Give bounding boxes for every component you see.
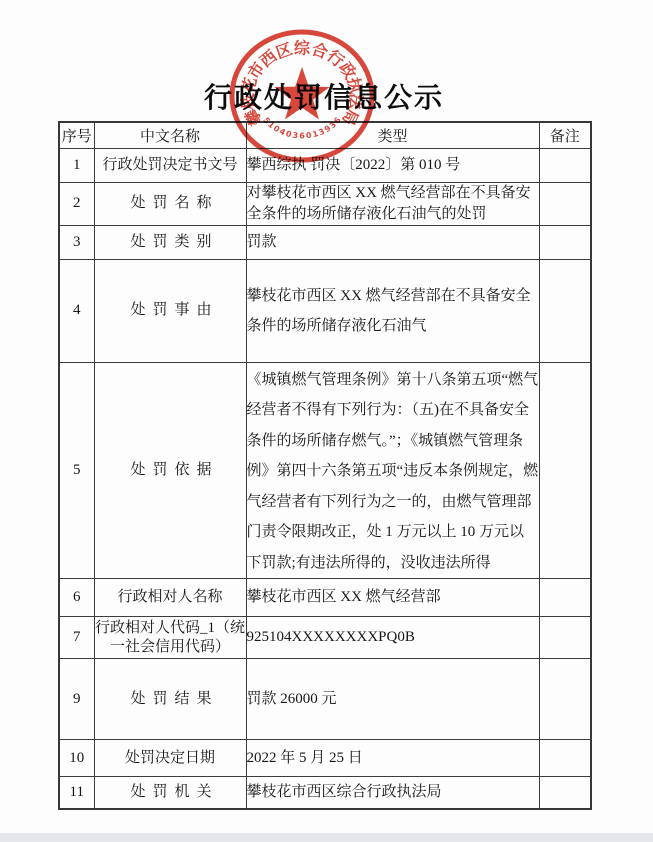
row-value: 攀枝花市西区综合行政执法局	[246, 777, 539, 809]
row-remark	[539, 579, 591, 617]
row-value: 对攀枝花市西区 XX 燃气经营部在不具备安全条件的场所储存液化石油气的处罚	[246, 182, 539, 225]
row-name: 处罚依据	[94, 362, 246, 579]
table-row: 4 处罚事由 攀枝花市西区 XX 燃气经营部在不具备安全条件的场所储存液化石油气	[59, 259, 591, 362]
table-row: 6 行政相对人名称 攀枝花市西区 XX 燃气经营部	[59, 579, 591, 617]
table-row: 11 处罚机关 攀枝花市西区综合行政执法局	[59, 777, 591, 809]
row-no: 1	[59, 148, 94, 182]
table-row: 7 行政相对人代码_1（统一社会信用代码） 925104XXXXXXXXPQ0B	[59, 617, 591, 659]
row-name: 处罚结果	[94, 659, 246, 740]
row-value: 攀枝花市西区 XX 燃气经营部	[246, 579, 539, 617]
row-no: 4	[59, 259, 94, 362]
row-no: 7	[59, 617, 94, 659]
row-remark	[539, 617, 591, 659]
row-name: 处罚类别	[94, 225, 246, 259]
row-no: 10	[59, 740, 94, 777]
row-no: 9	[59, 659, 94, 740]
row-remark	[539, 659, 591, 740]
svg-text:综: 综	[294, 39, 311, 58]
document-page: 行政处罚信息公示 序号 中文名称 类型 备注 1 行政处罚决定书文号 攀西综执 …	[0, 0, 653, 842]
row-name: 行政相对人名称	[94, 579, 246, 617]
row-value: 925104XXXXXXXXPQ0B	[246, 617, 539, 659]
row-remark	[539, 182, 591, 225]
table-row: 2 处罚名称 对攀枝花市西区 XX 燃气经营部在不具备安全条件的场所储存液化石油…	[59, 182, 591, 225]
row-no: 11	[59, 777, 94, 809]
row-value: 2022 年 5 月 25 日	[246, 740, 539, 777]
col-header-remark: 备注	[539, 122, 591, 148]
row-value: 罚款 26000 元	[246, 659, 539, 740]
svg-text:6: 6	[299, 132, 305, 141]
row-name: 处罚名称	[94, 182, 246, 225]
penalty-info-table: 序号 中文名称 类型 备注 1 行政处罚决定书文号 攀西综执 罚决〔2022〕第…	[58, 121, 592, 810]
row-remark	[539, 148, 591, 182]
col-header-no: 序号	[59, 122, 94, 148]
row-remark	[539, 740, 591, 777]
row-remark	[539, 225, 591, 259]
row-no: 2	[59, 182, 94, 225]
table-row: 3 处罚类别 罚款	[59, 225, 591, 259]
row-name: 处罚决定日期	[94, 740, 246, 777]
scan-edge-strip	[0, 833, 653, 842]
table-row: 10 处罚决定日期 2022 年 5 月 25 日	[59, 740, 591, 777]
row-remark	[539, 362, 591, 579]
official-seal-stamp: 攀枝花市西区综合行政执法局 5104036013936	[222, 21, 382, 171]
row-value: 攀枝花市西区 XX 燃气经营部在不具备安全条件的场所储存液化石油气	[246, 259, 539, 362]
row-remark	[539, 259, 591, 362]
row-name: 行政相对人代码_1（统一社会信用代码）	[94, 617, 246, 659]
table-row: 9 处罚结果 罚款 26000 元	[59, 659, 591, 740]
row-value: 罚款	[246, 225, 539, 259]
row-no: 5	[59, 362, 94, 579]
row-name: 处罚事由	[94, 259, 246, 362]
row-name: 处罚机关	[94, 777, 246, 809]
row-value: 《城镇燃气管理条例》第十八条第五项“燃气经营者不得有下列行为：（五)在不具备安全…	[246, 362, 539, 579]
table-row: 5 处罚依据 《城镇燃气管理条例》第十八条第五项“燃气经营者不得有下列行为：（五…	[59, 362, 591, 579]
row-no: 3	[59, 225, 94, 259]
stamp-code-text: 5104036013936	[261, 115, 343, 140]
row-no: 6	[59, 579, 94, 617]
row-remark	[539, 777, 591, 809]
svg-text:3: 3	[292, 131, 299, 141]
red-star-icon	[274, 67, 329, 120]
